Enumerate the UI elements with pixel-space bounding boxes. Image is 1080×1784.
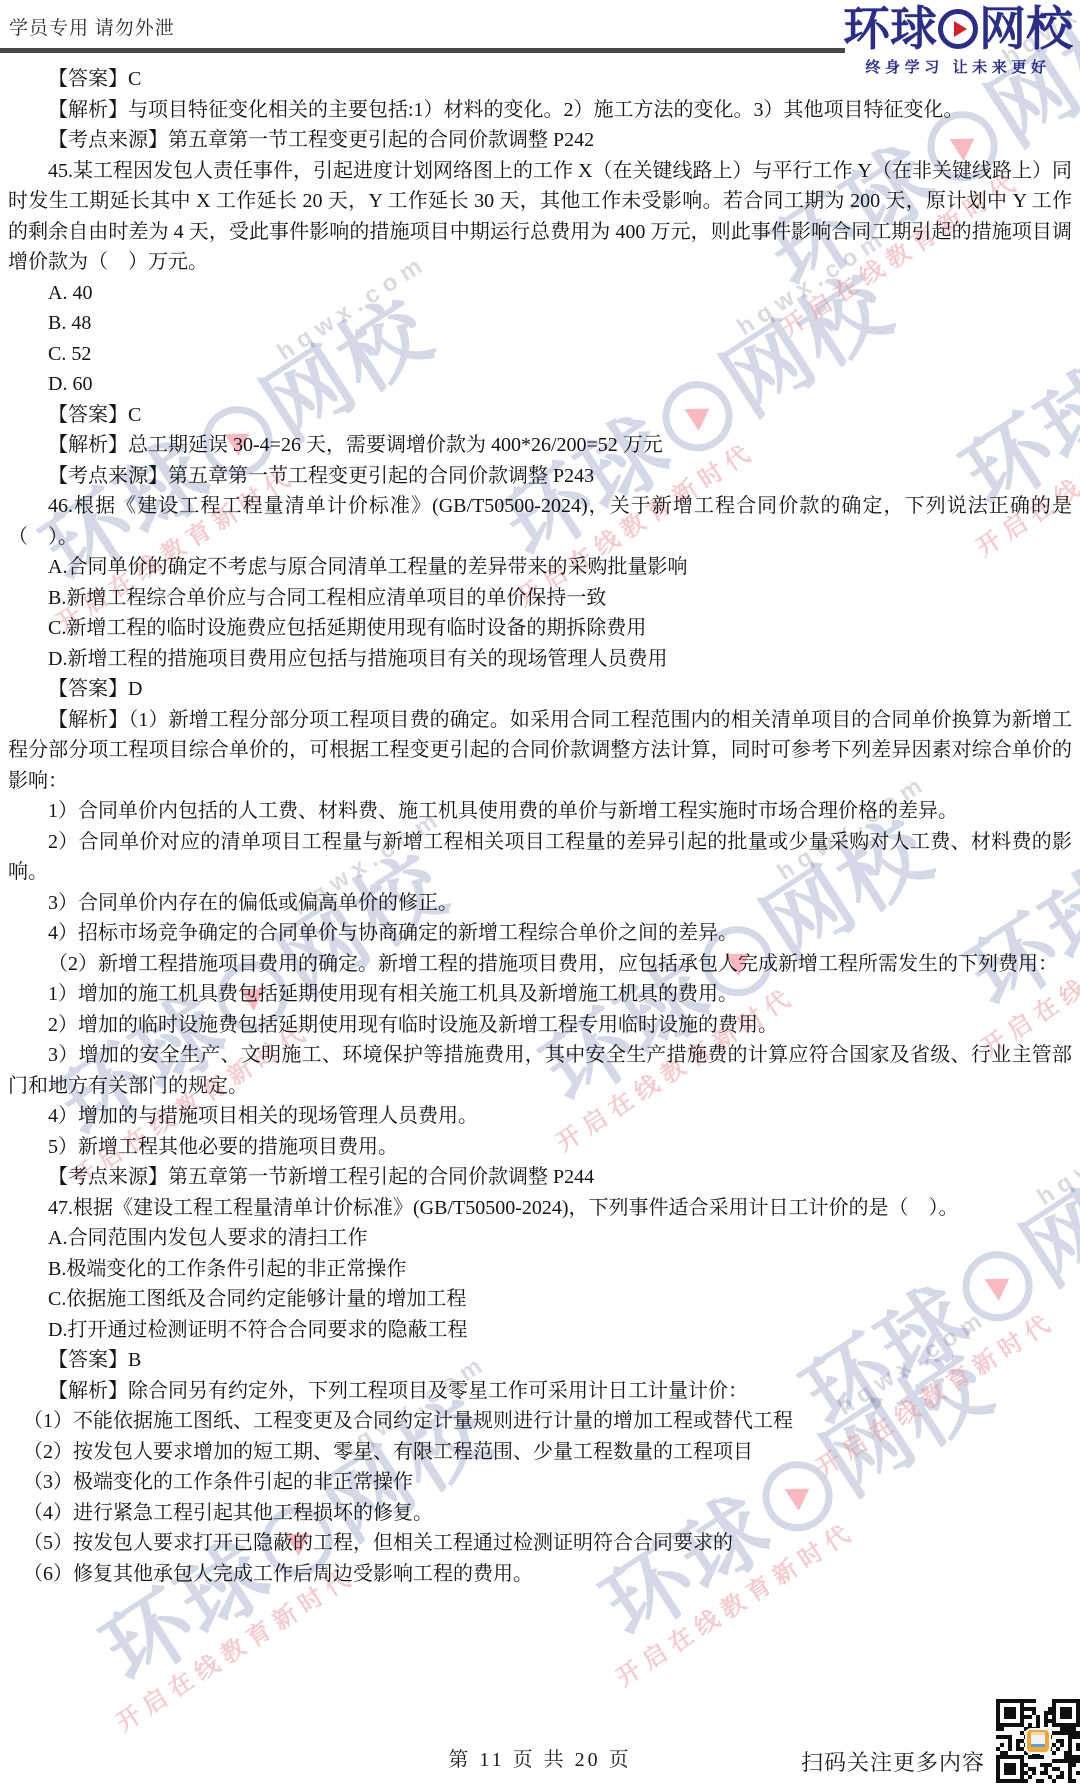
analysis-line: 【解析】总工期延误 30-4=26 天，需要调增价款为 400*26/200=5… <box>8 430 1072 461</box>
header-divider <box>0 48 845 53</box>
text-line: 2）增加的临时设施费包括延期使用现有临时设施及新增工程专用临时设施的费用。 <box>8 1010 1072 1041</box>
option-line: B. 48 <box>8 308 1072 339</box>
source-line: 【考点来源】第五章第一节新增工程引起的合同价款调整 P244 <box>8 1162 1072 1193</box>
text-line: 1）增加的施工机具费包括延期使用现有相关施工机具及新增施工机具的费用。 <box>8 979 1072 1010</box>
option-line: C.依据施工图纸及合同约定能够计量的增加工程 <box>8 1284 1072 1315</box>
option-line: B.新增工程综合单价应与合同工程相应清单项目的单价保持一致 <box>8 583 1072 614</box>
answer-line: 【答案】B <box>8 1345 1072 1376</box>
brand-logo-text-right: 网校 <box>979 5 1073 52</box>
qr-center-icon <box>1025 1728 1051 1754</box>
option-line: A. 40 <box>8 278 1072 309</box>
text-line: （1）不能依据施工图纸、工程变更及合同约定计量规则进行计量的增加工程或替代工程 <box>8 1406 1072 1437</box>
analysis-line: 【解析】与项目特征变化相关的主要包括:1）材料的变化。2）施工方法的变化。3）其… <box>8 95 1072 126</box>
option-line: B.极端变化的工作条件引起的非正常操作 <box>8 1254 1072 1285</box>
question-line: 46.根据《建设工程工程量清单计价标准》(GB/T50500-2024)，关于新… <box>8 491 1072 552</box>
text-line: 3）合同单价内存在的偏低或偏高单价的修正。 <box>8 888 1072 919</box>
brand-logo-text-left: 环球 <box>843 5 937 52</box>
text-line: 5）新增工程其他必要的措施项目费用。 <box>8 1132 1072 1163</box>
play-triangle-icon <box>954 21 967 37</box>
qr-caption: 扫码关注更多内容 <box>801 1746 985 1777</box>
text-line: 3）增加的安全生产、文明施工、环境保护等措施费用，其中安全生产措施费的计算应符合… <box>8 1040 1072 1101</box>
text-line: （2）按发包人要求增加的短工期、零星、有限工程范围、少量工程数量的工程项目 <box>8 1437 1072 1468</box>
text-line: 4）招标市场竞争确定的合同单价与协商确定的新增工程综合单价之间的差异。 <box>8 918 1072 949</box>
play-circle-icon <box>938 9 978 49</box>
option-line: D.新增工程的措施项目费用应包括与措施项目有关的现场管理人员费用 <box>8 644 1072 675</box>
option-line: A.合同单价的确定不考虑与原合同清单工程量的差异带来的采购批量影响 <box>8 552 1072 583</box>
confidential-note: 学员专用 请勿外泄 <box>9 13 175 40</box>
text-line: 1）合同单价内包括的人工费、材料费、施工机具使用费的单价与新增工程实施时市场合理… <box>8 796 1072 827</box>
text-line: （4）进行紧急工程引起其他工程损坏的修复。 <box>8 1498 1072 1529</box>
source-line: 【考点来源】第五章第一节工程变更引起的合同价款调整 P242 <box>8 125 1072 156</box>
option-line: C.新增工程的临时设施费应包括延期使用现有临时设备的期拆除费用 <box>8 613 1072 644</box>
brand-tagline: 终身学习 让未来更好 <box>840 56 1076 77</box>
analysis-line: 【解析】（1）新增工程分部分项工程项目费的确定。如采用合同工程范围内的相关清单项… <box>8 705 1072 797</box>
text-line: 4）增加的与措施项目相关的现场管理人员费用。 <box>8 1101 1072 1132</box>
brand-logo-row: 环球 网校 <box>840 5 1076 52</box>
text-line: 2）合同单价对应的清单项目工程量与新增工程相关项目工程量的差异引起的批量或少量采… <box>8 827 1072 888</box>
option-line: C. 52 <box>8 339 1072 370</box>
analysis-line: 【解析】除合同另有约定外，下列工程项目及零星工作可采用计日工计量计价： <box>8 1376 1072 1407</box>
text-line: （5）按发包人要求打开已隐蔽的工程，但相关工程通过检测证明符合合同要求的 <box>8 1528 1072 1559</box>
option-line: A.合同范围内发包人要求的清扫工作 <box>8 1223 1072 1254</box>
answer-line: 【答案】D <box>8 674 1072 705</box>
text-line: （3）极端变化的工作条件引起的非正常操作 <box>8 1467 1072 1498</box>
document-page: hqwx.com环球网校开启在线教育新时代hqwx.com环球网校开启在线教育新… <box>0 0 1080 1784</box>
text-line: （2）新增工程措施项目费用的确定。新增工程的措施项目费用，应包括承包人完成新增工… <box>8 949 1072 980</box>
source-line: 【考点来源】第五章第一节工程变更引起的合同价款调整 P243 <box>8 461 1072 492</box>
option-line: D. 60 <box>8 369 1072 400</box>
option-line: D.打开通过检测证明不符合合同要求的隐蔽工程 <box>8 1315 1072 1346</box>
text-line: （6）修复其他承包人完成工作后周边受影响工程的费用。 <box>8 1559 1072 1590</box>
question-line: 45.某工程因发包人责任事件，引起进度计划网络图上的工作 X（在关键线路上）与平… <box>8 156 1072 278</box>
qr-code <box>996 1699 1080 1783</box>
answer-line: 【答案】C <box>8 400 1072 431</box>
document-body: 【答案】C【解析】与项目特征变化相关的主要包括:1）材料的变化。2）施工方法的变… <box>8 64 1072 1589</box>
brand-logo: 环球 网校 终身学习 让未来更好 <box>840 5 1076 77</box>
question-line: 47.根据《建设工程工程量清单计价标准》(GB/T50500-2024)，下列事… <box>8 1193 1072 1224</box>
